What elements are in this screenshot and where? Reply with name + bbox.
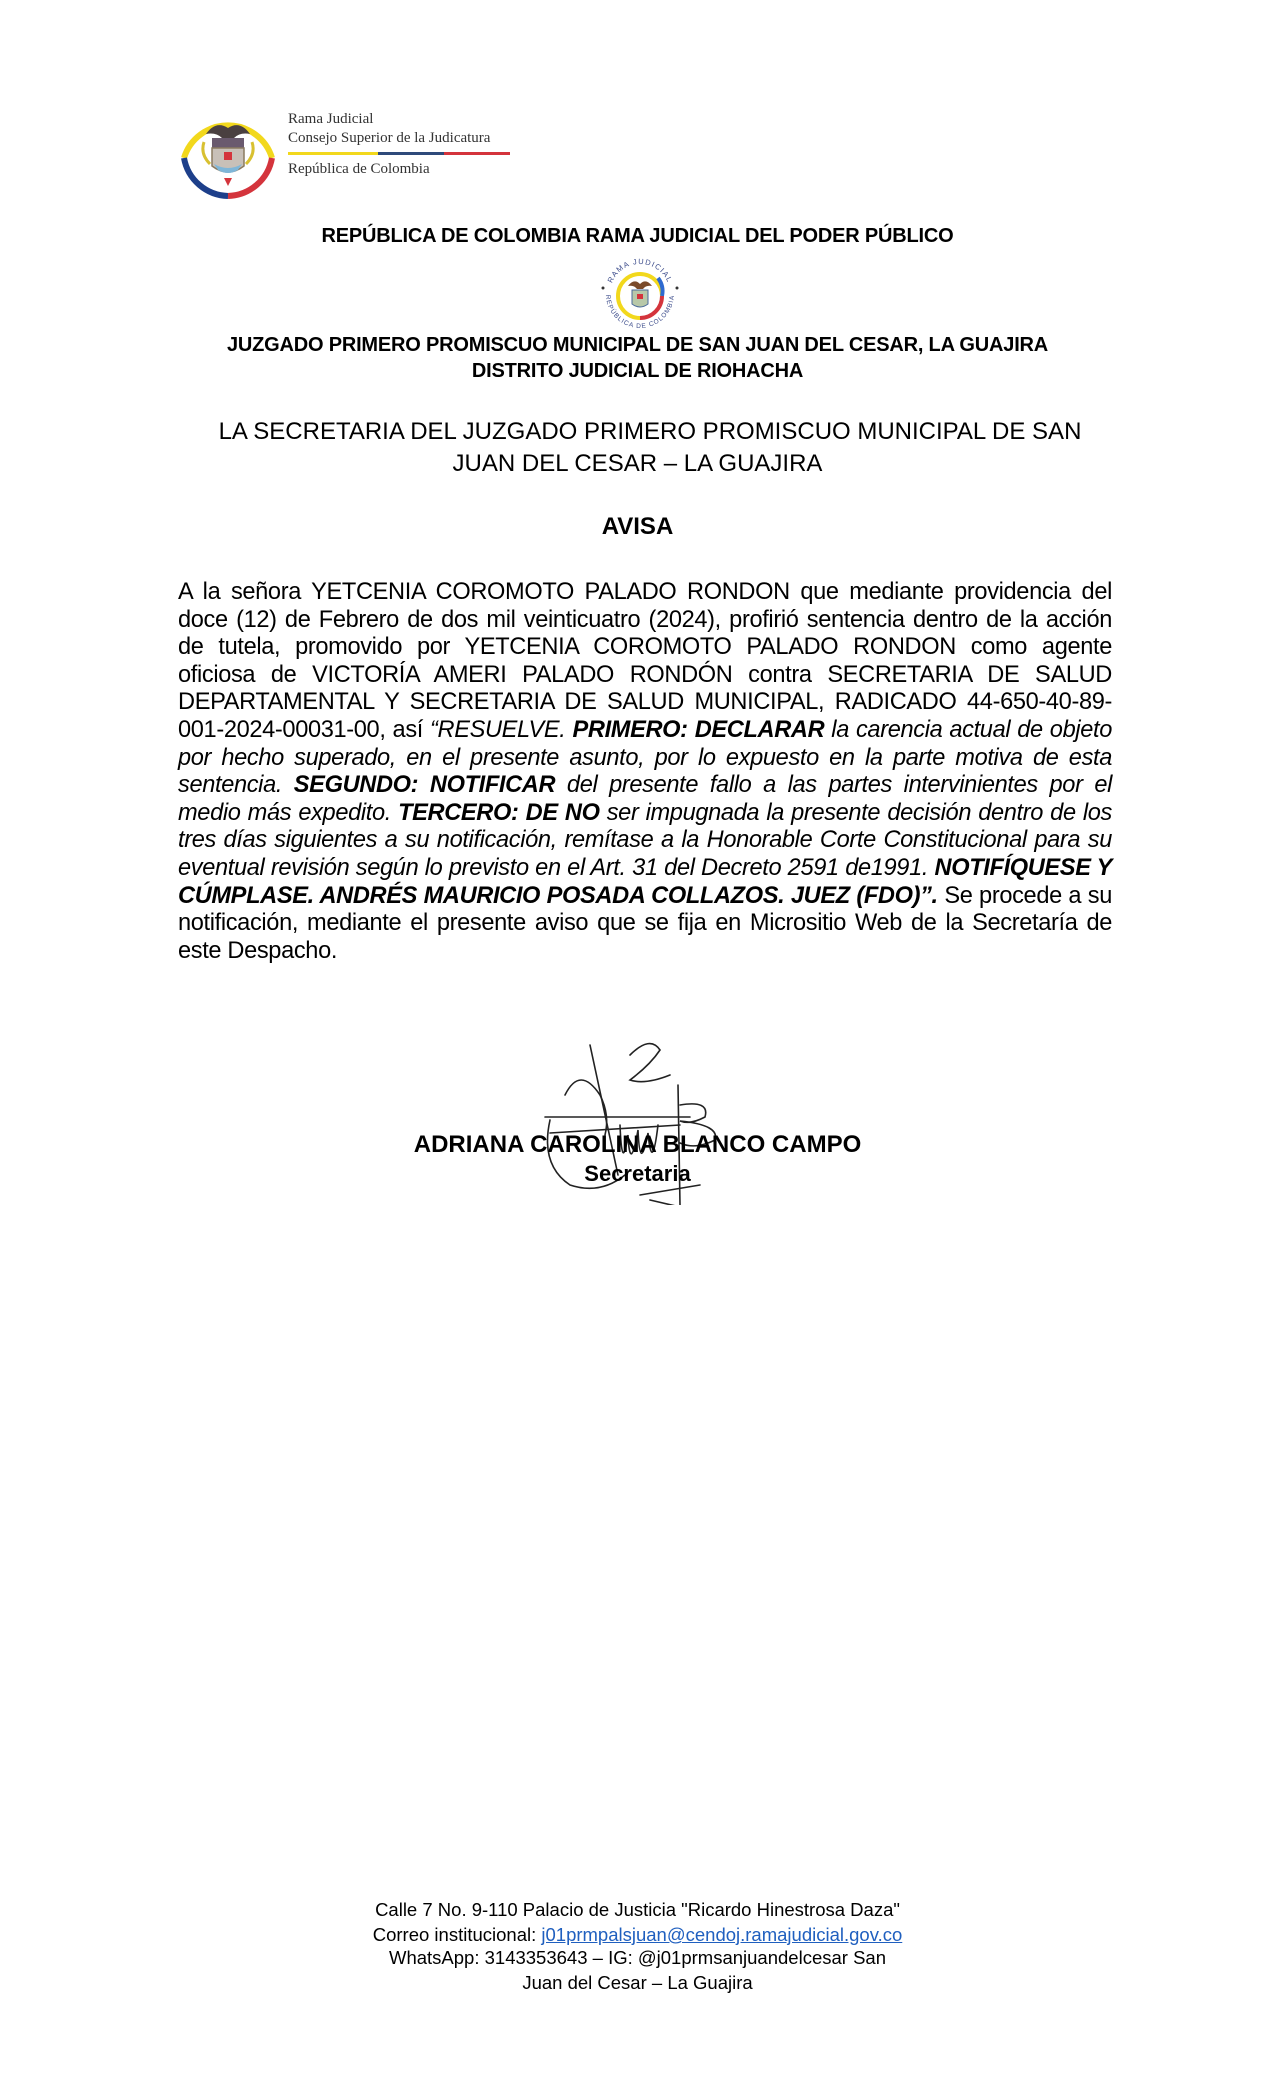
footer-address: Calle 7 No. 9-110 Palacio de Justicia "R… bbox=[0, 1898, 1275, 1922]
intro-line-2: JUAN DEL CESAR – LA GUAJIRA bbox=[0, 450, 1275, 478]
logo-line-republica: República de Colombia bbox=[288, 160, 430, 178]
logo-tricolor-rule bbox=[288, 152, 510, 155]
logo-line-consejo: Consejo Superior de la Judicatura bbox=[288, 129, 490, 147]
resolution-segundo: SEGUNDO: NOTIFICAR bbox=[294, 772, 555, 798]
footer-email-line: Correo institucional: j01prmpalsjuan@cen… bbox=[0, 1923, 1275, 1947]
resolution-tercero: TERCERO: DE NO bbox=[398, 800, 599, 826]
court-name: JUZGADO PRIMERO PROMISCUO MUNICIPAL DE S… bbox=[0, 334, 1275, 357]
signer-role: Secretaria bbox=[0, 1161, 1275, 1187]
footer-contact: WhatsApp: 3143353643 – IG: @j01prmsanjua… bbox=[0, 1946, 1275, 1970]
resolution-quote-open: “RESUELVE. bbox=[430, 717, 573, 743]
notice-heading: AVISA bbox=[0, 513, 1275, 541]
intro-line-1: LA SECRETARIA DEL JUZGADO PRIMERO PROMIS… bbox=[190, 418, 1110, 446]
footer-location: Juan del Cesar – La Guajira bbox=[0, 1971, 1275, 1995]
document-title: REPÚBLICA DE COLOMBIA RAMA JUDICIAL DEL … bbox=[0, 225, 1275, 248]
rama-judicial-seal-icon: RAMA JUDICIAL REPÚBLICA DE COLOMBIA bbox=[598, 252, 682, 336]
signer-name: ADRIANA CAROLINA BLANCO CAMPO bbox=[0, 1131, 1275, 1159]
resolution-primero: PRIMERO: DECLARAR bbox=[573, 717, 825, 743]
rama-judicial-logo: Rama Judicial Consejo Superior de la Jud… bbox=[176, 98, 521, 202]
colombia-coat-of-arms-icon bbox=[176, 98, 280, 202]
notice-body: A la señora YETCENIA COROMOTO PALADO RON… bbox=[178, 579, 1112, 965]
footer-email-label: Correo institucional: bbox=[373, 1924, 542, 1945]
judicial-district: DISTRITO JUDICIAL DE RIOHACHA bbox=[0, 360, 1275, 383]
footer-email-link[interactable]: j01prmpalsjuan@cendoj.ramajudicial.gov.c… bbox=[541, 1924, 902, 1945]
logo-line-rama-judicial: Rama Judicial bbox=[288, 110, 373, 128]
svg-text:RAMA JUDICIAL: RAMA JUDICIAL bbox=[606, 257, 675, 284]
